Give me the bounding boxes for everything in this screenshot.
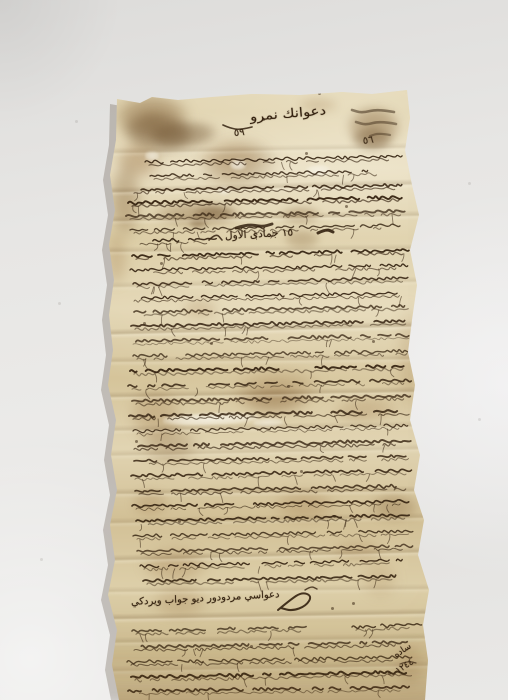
script-stroke	[335, 255, 337, 262]
document-header-number: ٥٩	[234, 128, 246, 139]
script-stroke	[328, 520, 329, 528]
script-stroke	[140, 539, 141, 547]
script-stroke	[161, 434, 162, 441]
script-stroke	[380, 415, 381, 425]
script-stroke	[376, 310, 379, 316]
script-stroke	[374, 505, 375, 512]
script-stroke	[219, 553, 222, 562]
script-stroke	[159, 287, 163, 296]
script-stroke	[342, 175, 343, 184]
script-stroke	[287, 177, 288, 183]
photograph: دعوانك نمرو ٥٩ ٥٦ ١٥ جمادى الاول دعواسي …	[0, 0, 508, 700]
script-stroke	[197, 232, 199, 238]
script-stroke	[356, 122, 396, 124]
script-stroke	[241, 257, 242, 264]
script-stroke	[352, 624, 422, 629]
script-stroke	[132, 395, 410, 402]
script-stroke	[146, 634, 148, 641]
script-stroke	[351, 175, 354, 181]
script-stroke	[128, 196, 402, 204]
script-stroke	[334, 416, 337, 423]
script-stroke	[351, 229, 354, 238]
dust-speck	[75, 120, 78, 123]
script-stroke	[326, 340, 327, 347]
script-stroke	[194, 649, 196, 655]
script-stroke	[355, 400, 357, 409]
script-stroke	[128, 686, 409, 693]
script-stroke	[295, 476, 298, 485]
script-stroke	[140, 524, 142, 530]
script-stroke	[136, 252, 403, 260]
corner-annotation-number: ٥٦	[362, 136, 374, 147]
script-stroke	[181, 243, 184, 252]
script-stroke	[258, 477, 259, 487]
script-stroke	[146, 389, 150, 399]
script-stroke	[137, 544, 413, 552]
script-stroke	[225, 328, 226, 336]
script-stroke	[333, 475, 336, 481]
script-stroke	[133, 206, 136, 212]
script-stroke	[326, 283, 329, 293]
script-stroke	[379, 550, 382, 560]
script-stroke	[383, 445, 385, 452]
script-stroke	[329, 340, 331, 347]
script-stroke	[199, 508, 203, 515]
script-stroke	[378, 691, 380, 698]
script-stroke	[133, 350, 409, 357]
script-stroke	[241, 358, 242, 367]
script-stroke	[358, 580, 360, 590]
script-stroke	[278, 593, 310, 610]
script-stroke	[340, 551, 342, 559]
script-stroke	[128, 379, 411, 387]
script-stroke	[311, 371, 312, 378]
script-stroke	[220, 493, 223, 503]
script-stroke	[136, 629, 301, 635]
script-stroke	[140, 634, 143, 642]
script-stroke	[133, 338, 409, 346]
script-stroke	[136, 514, 409, 521]
script-stroke	[374, 580, 376, 588]
script-stroke	[293, 648, 295, 656]
script-stroke	[132, 500, 409, 508]
script-stroke	[266, 357, 269, 364]
script-stroke	[282, 162, 285, 169]
script-stroke	[306, 216, 307, 224]
script-stroke	[290, 162, 292, 170]
script-stroke	[314, 190, 317, 197]
script-stroke	[287, 537, 288, 545]
script-stroke	[284, 417, 286, 426]
script-stroke	[153, 238, 217, 241]
script-stroke	[320, 385, 322, 392]
script-stroke	[219, 403, 221, 413]
script-stroke	[161, 315, 162, 324]
script-stroke	[392, 215, 393, 225]
script-stroke	[322, 356, 324, 365]
script-stroke	[265, 678, 266, 685]
script-stroke	[162, 569, 163, 579]
script-stroke	[173, 569, 175, 579]
script-stroke	[135, 193, 138, 200]
script-stroke	[195, 388, 198, 396]
script-stroke	[352, 110, 394, 112]
script-stroke	[211, 553, 212, 560]
script-stroke	[387, 505, 389, 513]
script-stroke	[268, 631, 271, 640]
script-stroke	[258, 567, 259, 574]
script-stroke	[149, 458, 408, 465]
script-stroke	[162, 259, 164, 268]
script-stroke	[140, 241, 207, 245]
script-stroke	[366, 474, 369, 481]
dust-speck	[468, 182, 471, 185]
script-stroke	[181, 494, 182, 502]
script-stroke	[387, 429, 388, 435]
script-stroke	[305, 587, 317, 590]
script-stroke	[223, 204, 225, 212]
script-stroke	[318, 230, 333, 233]
dust-speck	[40, 558, 43, 561]
script-stroke	[138, 206, 139, 215]
script-stroke	[387, 535, 390, 544]
script-stroke	[358, 297, 360, 305]
script-stroke	[184, 193, 188, 199]
script-stroke	[299, 298, 301, 305]
script-stroke	[331, 255, 332, 264]
script-stroke	[175, 219, 177, 227]
script-stroke	[182, 569, 185, 578]
script-stroke	[382, 676, 384, 684]
script-stroke	[155, 374, 157, 382]
script-stroke	[242, 327, 245, 333]
script-stroke	[237, 664, 239, 672]
script-stroke	[267, 582, 269, 589]
script-stroke	[131, 320, 405, 327]
dust-speck	[58, 302, 61, 305]
script-stroke	[350, 506, 353, 513]
script-stroke	[130, 365, 416, 372]
script-stroke	[354, 520, 357, 528]
script-stroke	[203, 463, 205, 473]
dust-speck	[478, 418, 481, 421]
script-stroke	[391, 370, 394, 377]
